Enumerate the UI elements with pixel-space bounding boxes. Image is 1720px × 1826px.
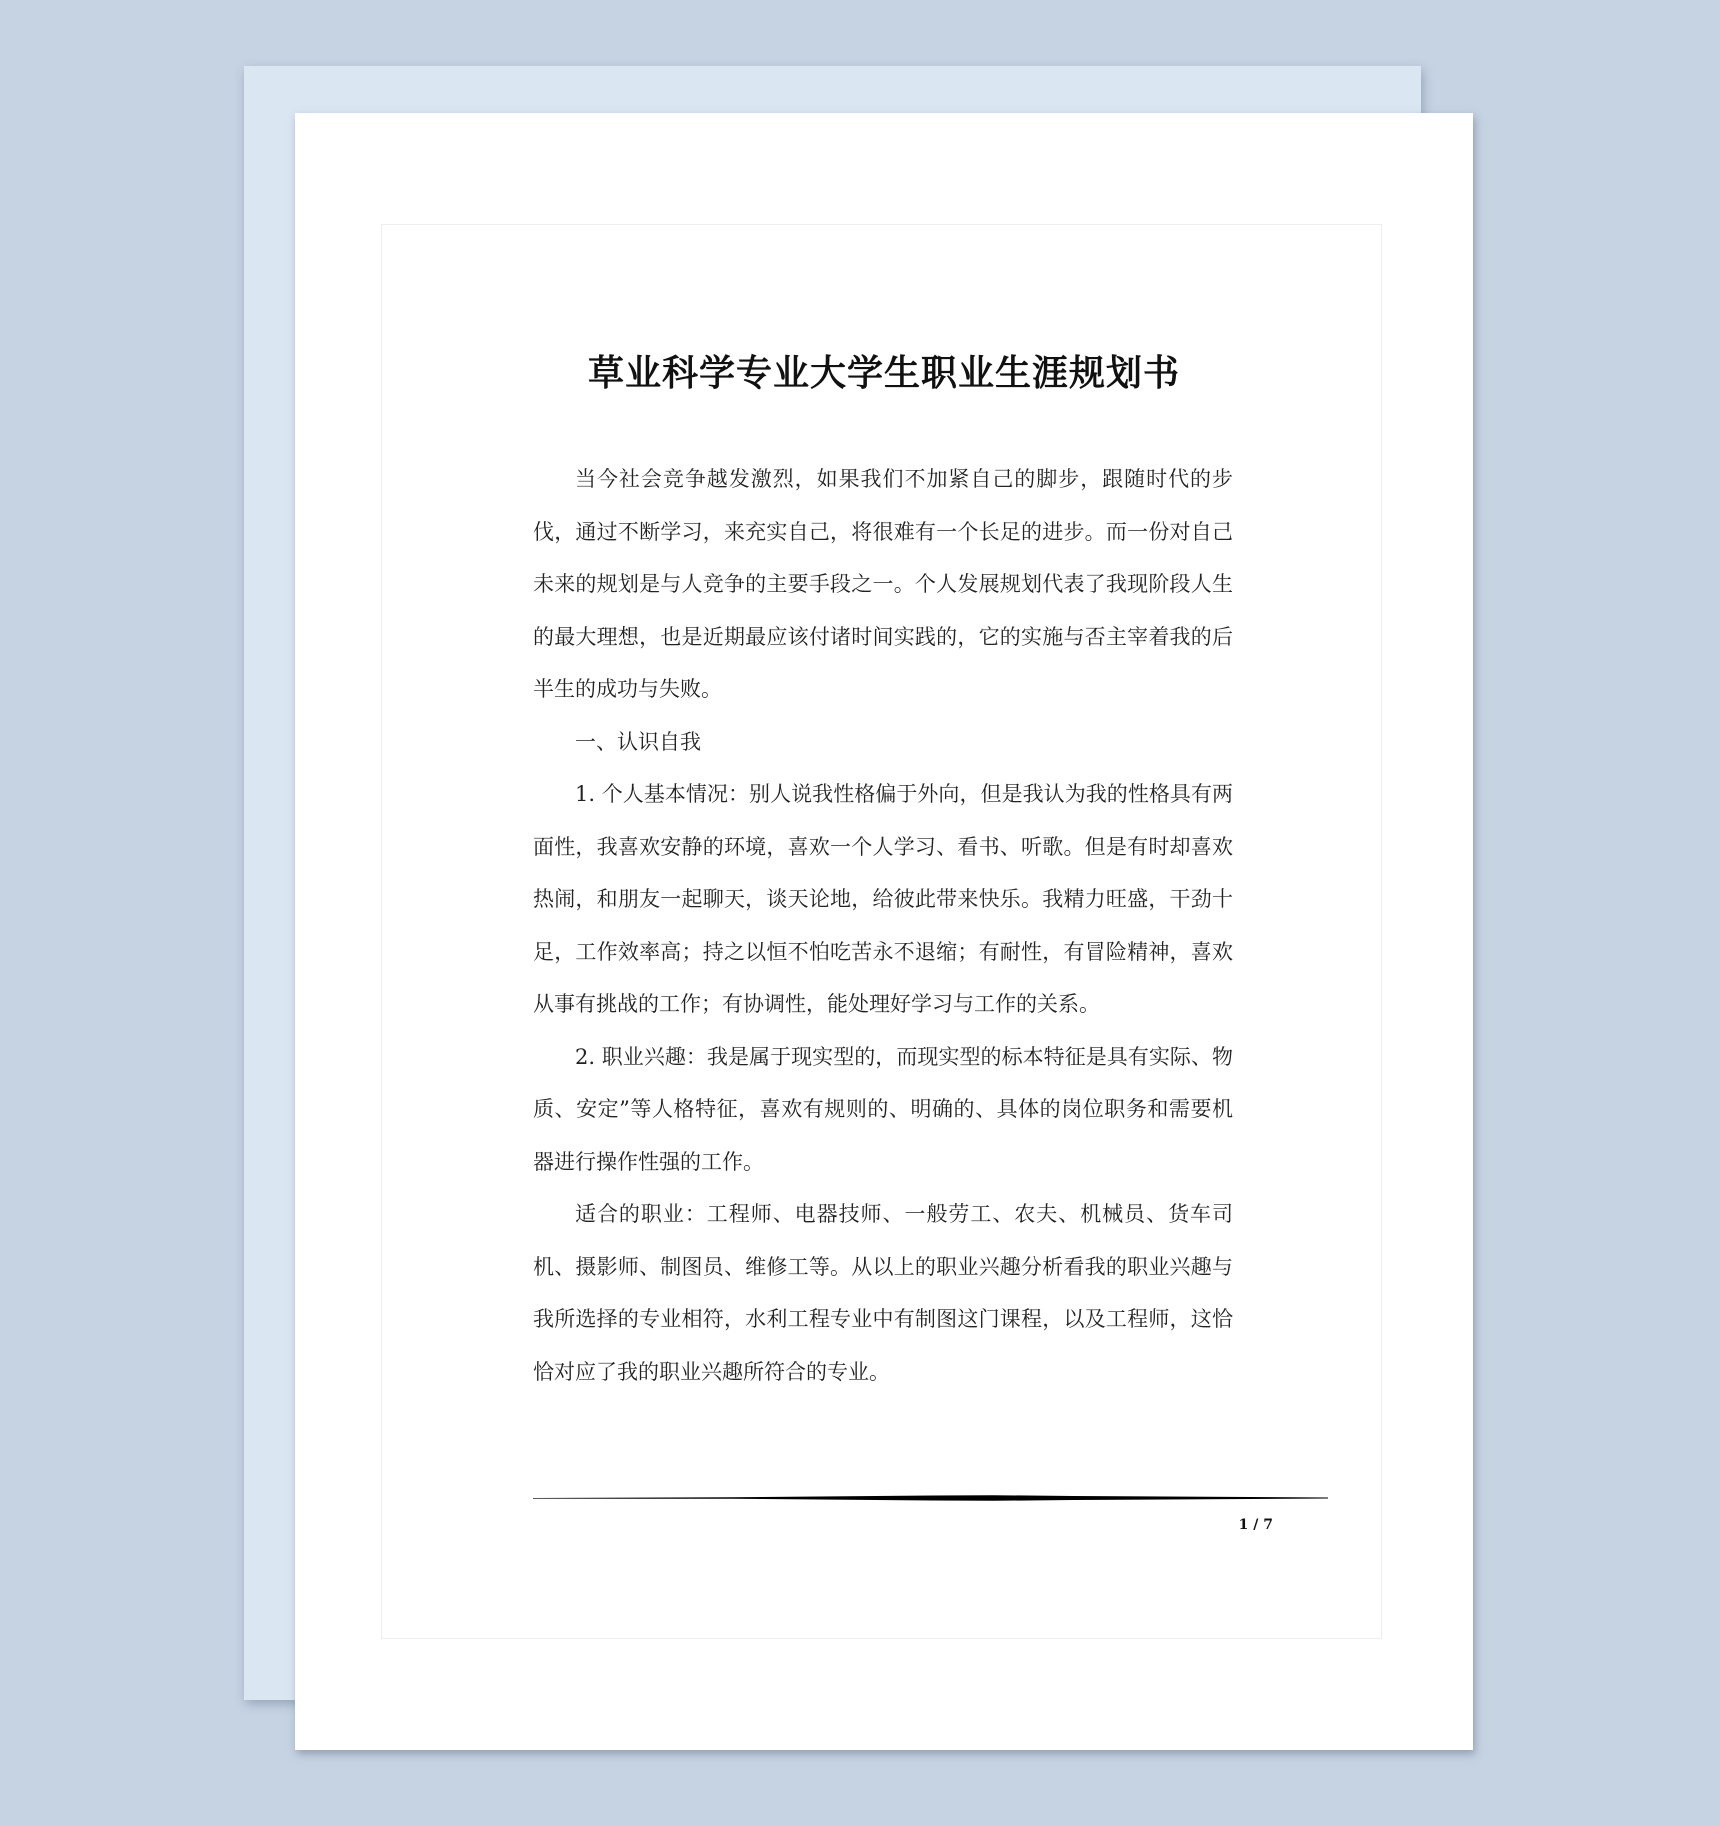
intro-paragraph: 当今社会竞争越发激烈，如果我们不加紧自己的脚步，跟随时代的步伐，通过不断学习，来… bbox=[533, 453, 1233, 716]
suitable-careers-paragraph: 适合的职业：工程师、电器技师、一般劳工、农夫、机械员、货车司机、摄影师、制图员、… bbox=[533, 1188, 1233, 1398]
document-title: 草业科学专业大学生职业生涯规划书 bbox=[295, 345, 1473, 396]
front-page-sheet: 草业科学专业大学生职业生涯规划书 当今社会竞争越发激烈，如果我们不加紧自己的脚步… bbox=[295, 113, 1473, 1750]
page-number: 1 / 7 bbox=[1195, 1517, 1273, 1533]
personal-info-paragraph: 1. 个人基本情况：别人说我性格偏于外向，但是我认为我的性格具有两面性，我喜欢安… bbox=[533, 768, 1233, 1031]
career-interest-paragraph: 2. 职业兴趣：我是属于现实型的，而现实型的标本特征是具有实际、物质、安定”等人… bbox=[533, 1031, 1233, 1189]
section-heading: 一、认识自我 bbox=[533, 716, 1233, 769]
document-body: 当今社会竞争越发激烈，如果我们不加紧自己的脚步，跟随时代的步伐，通过不断学习，来… bbox=[533, 453, 1233, 1398]
footer-divider bbox=[533, 1494, 1328, 1502]
